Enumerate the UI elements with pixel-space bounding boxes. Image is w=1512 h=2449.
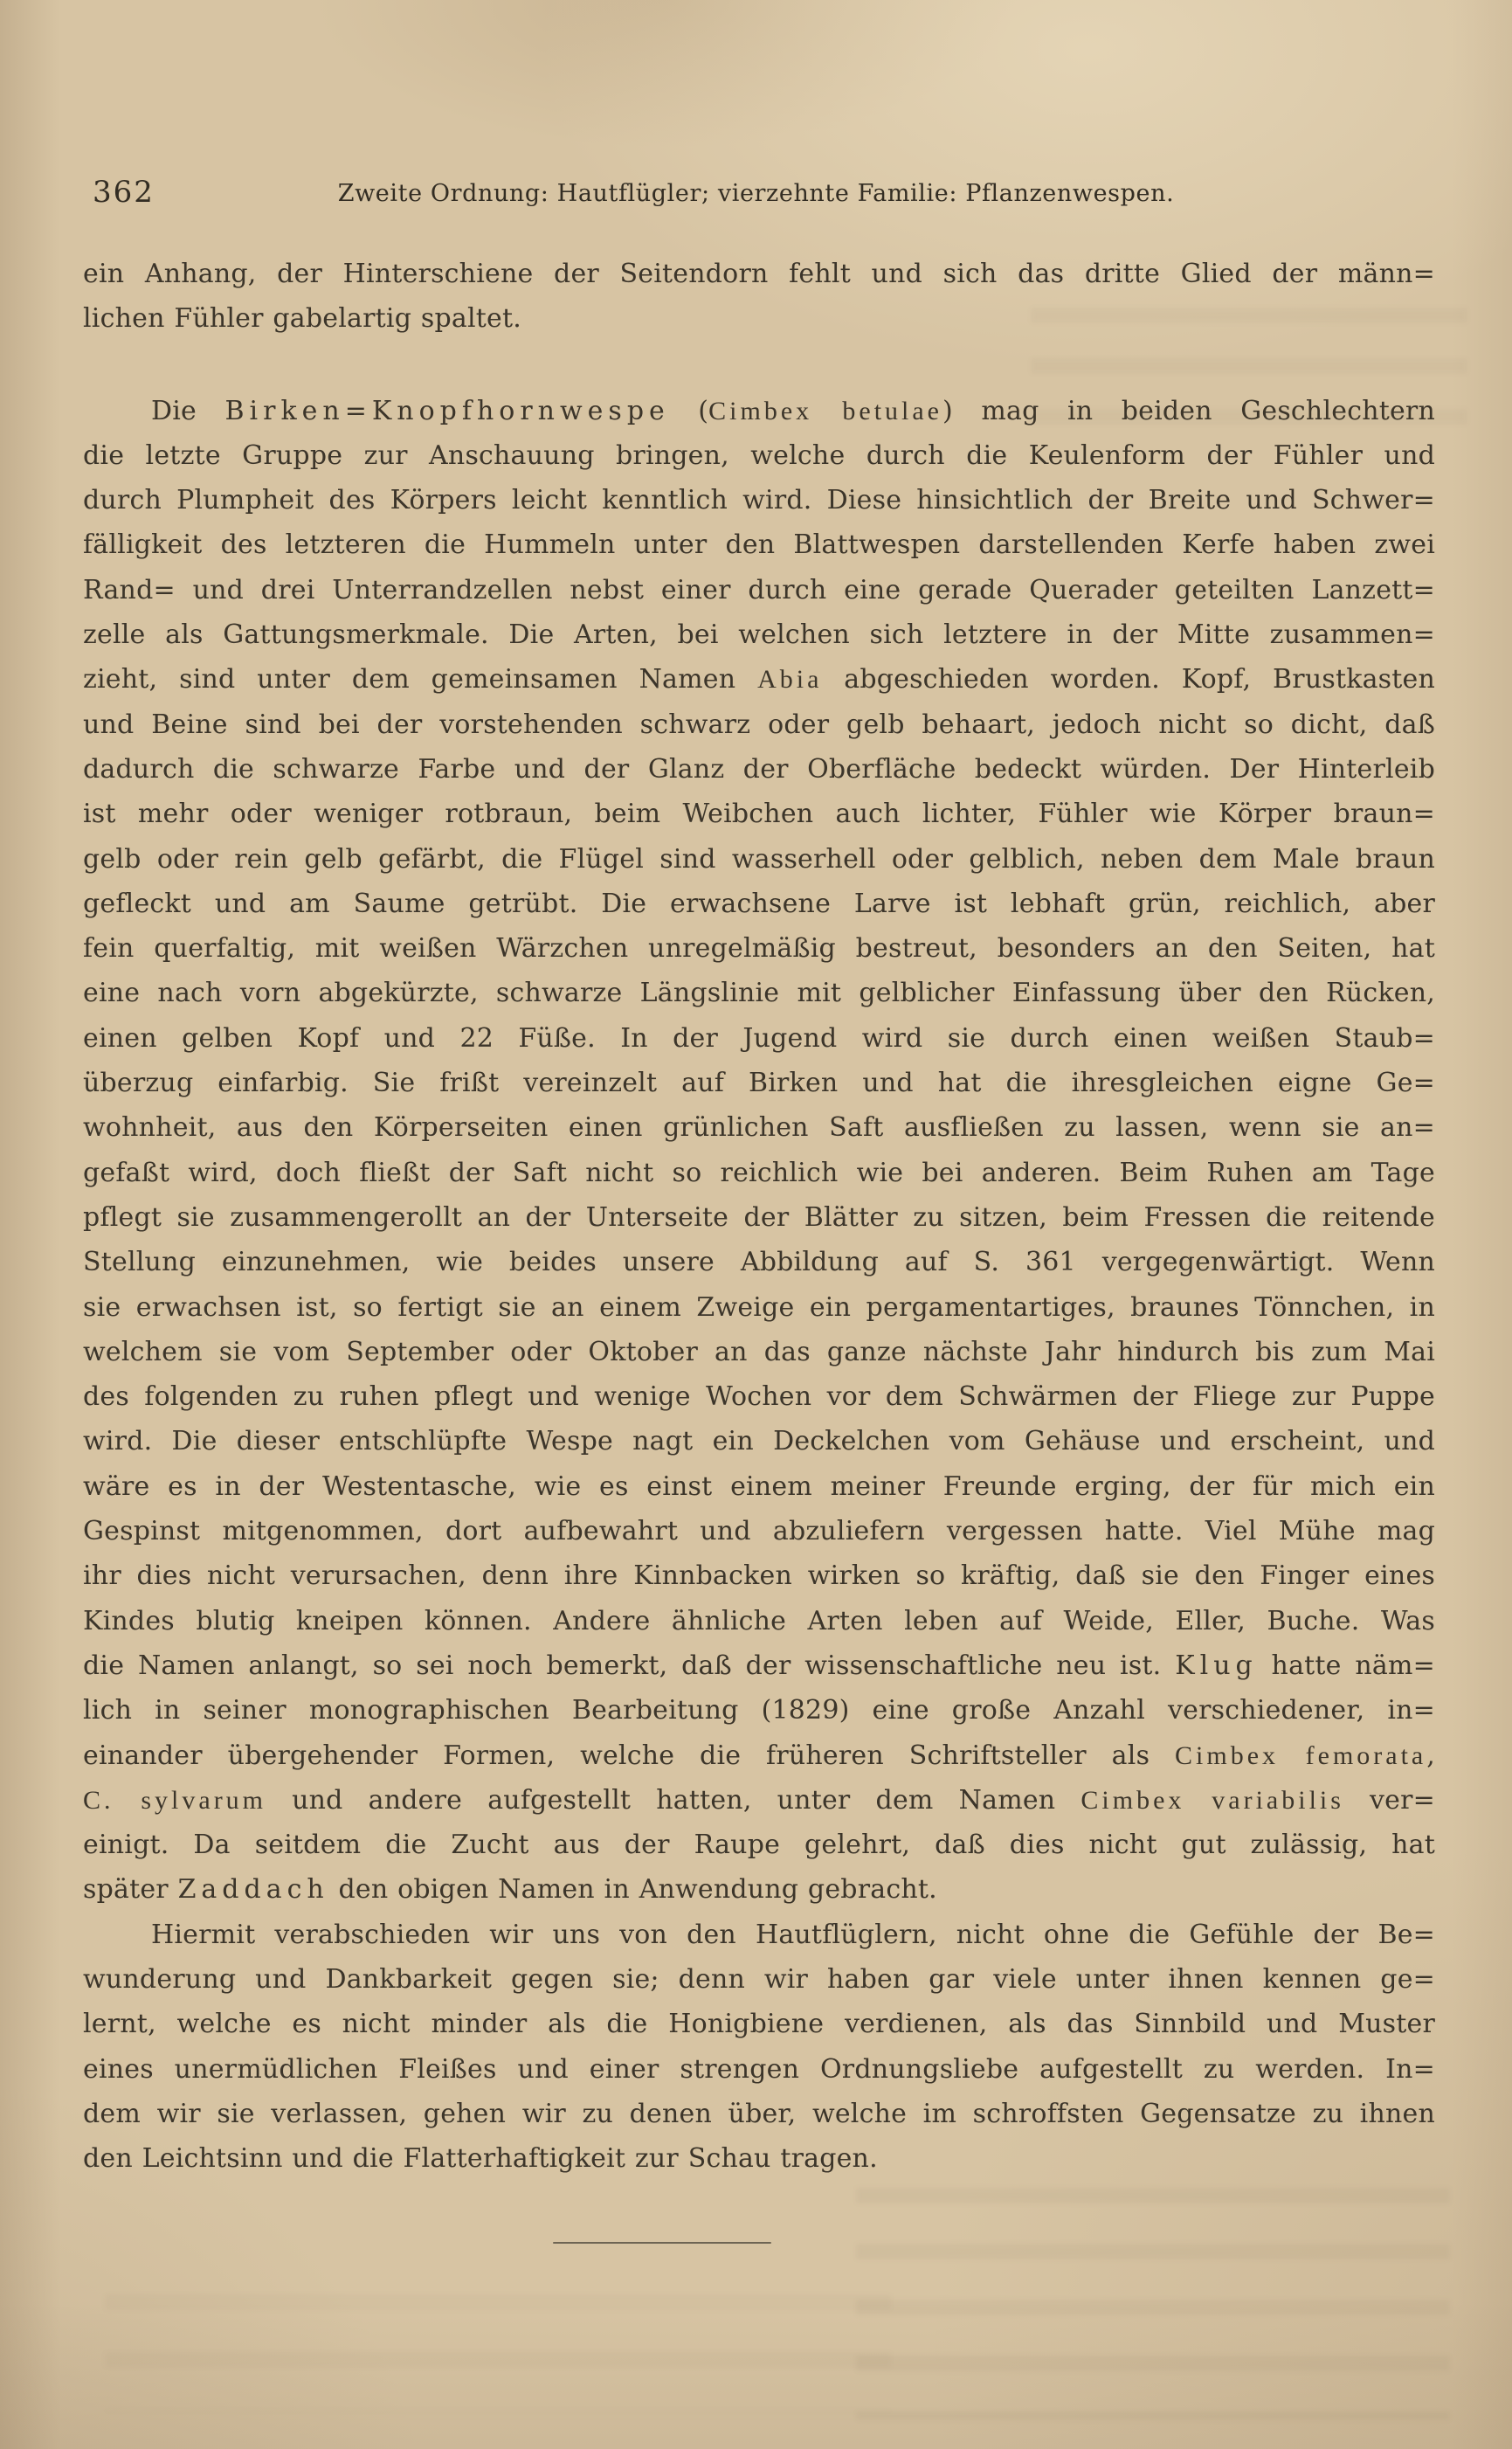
text-line: einigt. Da seitdem die Zucht aus der Rau… (83, 1823, 1435, 1867)
paragraph: ein Anhang, der Hinterschiene der Seiten… (83, 252, 1435, 342)
text-line: lernt, welche es nicht minder als die Ho… (83, 2002, 1435, 2046)
emphasized-term: Birken=Knopfhornwespe (224, 396, 669, 426)
text-line: gefaßt wird, doch fließt der Saft nicht … (83, 1151, 1435, 1195)
text-line: zelle als Gattungsmerkmale. Die Arten, b… (83, 612, 1435, 657)
text-line: Gespinst mitgenommen, dort aufbewahrt un… (83, 1509, 1435, 1553)
text-line: welchem sie vom September oder Oktober a… (83, 1330, 1435, 1374)
text-line: eine nach vorn abgekürzte, schwarze Läng… (83, 971, 1435, 1015)
book-page: 362 Zweite Ordnung: Hautflügler; vierzeh… (0, 0, 1512, 2449)
text-line: überzug einfarbig. Sie frißt vereinzelt … (83, 1061, 1435, 1105)
text-line: C. sylvarum und andere aufgestellt hatte… (83, 1778, 1435, 1823)
text-line: wird. Die dieser entschlüpfte Wespe nagt… (83, 1419, 1435, 1463)
text-line: ihr dies nicht verursachen, denn ihre Ki… (83, 1553, 1435, 1598)
emphasized-term: C. sylvarum (83, 1786, 266, 1815)
text-line: den Leichtsinn und die Flatterhaftigkeit… (83, 2136, 1435, 2181)
emphasized-term: Abia (757, 665, 822, 694)
text-line: eines unermüdlichen Fleißes und einer st… (83, 2047, 1435, 2092)
page-showthrough (856, 2167, 1450, 2420)
text-line: ist mehr oder weniger rotbraun, beim Wei… (83, 792, 1435, 836)
text-line: Kindes blutig kneipen können. Andere ähn… (83, 1599, 1435, 1643)
text-line: fein querfaltig, mit weißen Wärzchen unr… (83, 926, 1435, 971)
text-block: ein Anhang, der Hinterschiene der Seiten… (83, 252, 1435, 2181)
text-line: pflegt sie zusammengerollt an der Unters… (83, 1195, 1435, 1240)
text-line: wohnheit, aus den Körperseiten einen grü… (83, 1105, 1435, 1150)
page-showthrough (105, 2272, 891, 2411)
text-line: gefleckt und am Saume getrübt. Die erwac… (83, 882, 1435, 926)
emphasized-term: Cimbex variabilis (1080, 1786, 1344, 1815)
emphasized-term: Klug (1175, 1650, 1258, 1681)
text-line: lichen Fühler gabelartig spaltet. (83, 296, 1435, 341)
emphasized-term: Cimbex betulae (708, 397, 942, 425)
text-line: später Zaddach den obigen Namen in Anwen… (83, 1867, 1435, 1912)
paragraph: Hiermit verabschieden wir uns von den Ha… (83, 1913, 1435, 2182)
text-line: lich in seiner monographischen Bearbeitu… (83, 1688, 1435, 1733)
text-line: einander übergehender Formen, welche die… (83, 1733, 1435, 1778)
emphasized-term: Zaddach (178, 1874, 329, 1905)
text-line: die Namen anlangt, so sei noch bemerkt, … (83, 1643, 1435, 1688)
text-line: Hiermit verabschieden wir uns von den Ha… (83, 1913, 1435, 1957)
emphasized-term: Cimbex femorata (1175, 1741, 1426, 1770)
text-line: Die Birken=Knopfhornwespe (Cimbex betula… (83, 389, 1435, 433)
text-line: wäre es in der Westentasche, wie es eins… (83, 1464, 1435, 1509)
text-line: sie erwachsen ist, so fertigt sie an ein… (83, 1285, 1435, 1330)
text-line: einen gelben Kopf und 22 Füße. In der Ju… (83, 1016, 1435, 1061)
text-line: fälligkeit des letzteren die Hummeln unt… (83, 522, 1435, 567)
text-line: gelb oder rein gelb gefärbt, die Flügel … (83, 837, 1435, 882)
text-line: durch Plumpheit des Körpers leicht kennt… (83, 478, 1435, 522)
text-line: und Beine sind bei der vorstehenden schw… (83, 702, 1435, 747)
section-divider-rule (553, 2242, 771, 2244)
text-line: die letzte Gruppe zur Anschauung bringen… (83, 433, 1435, 478)
text-line: des folgenden zu ruhen pflegt und wenige… (83, 1374, 1435, 1419)
text-line: ein Anhang, der Hinterschiene der Seiten… (83, 252, 1435, 296)
text-line: zieht, sind unter dem gemeinsamen Namen … (83, 657, 1435, 702)
paragraph: Die Birken=Knopfhornwespe (Cimbex betula… (83, 389, 1435, 1913)
running-header: Zweite Ordnung: Hautflügler; vierzehnte … (0, 180, 1512, 207)
text-line: Stellung einzunehmen, wie beides unsere … (83, 1240, 1435, 1284)
text-line: Rand= und drei Unterrandzellen nebst ein… (83, 568, 1435, 612)
text-line: dadurch die schwarze Farbe und der Glanz… (83, 747, 1435, 792)
text-line: wunderung und Dankbarkeit gegen sie; den… (83, 1957, 1435, 2002)
text-line: dem wir sie verlassen, gehen wir zu dene… (83, 2092, 1435, 2136)
